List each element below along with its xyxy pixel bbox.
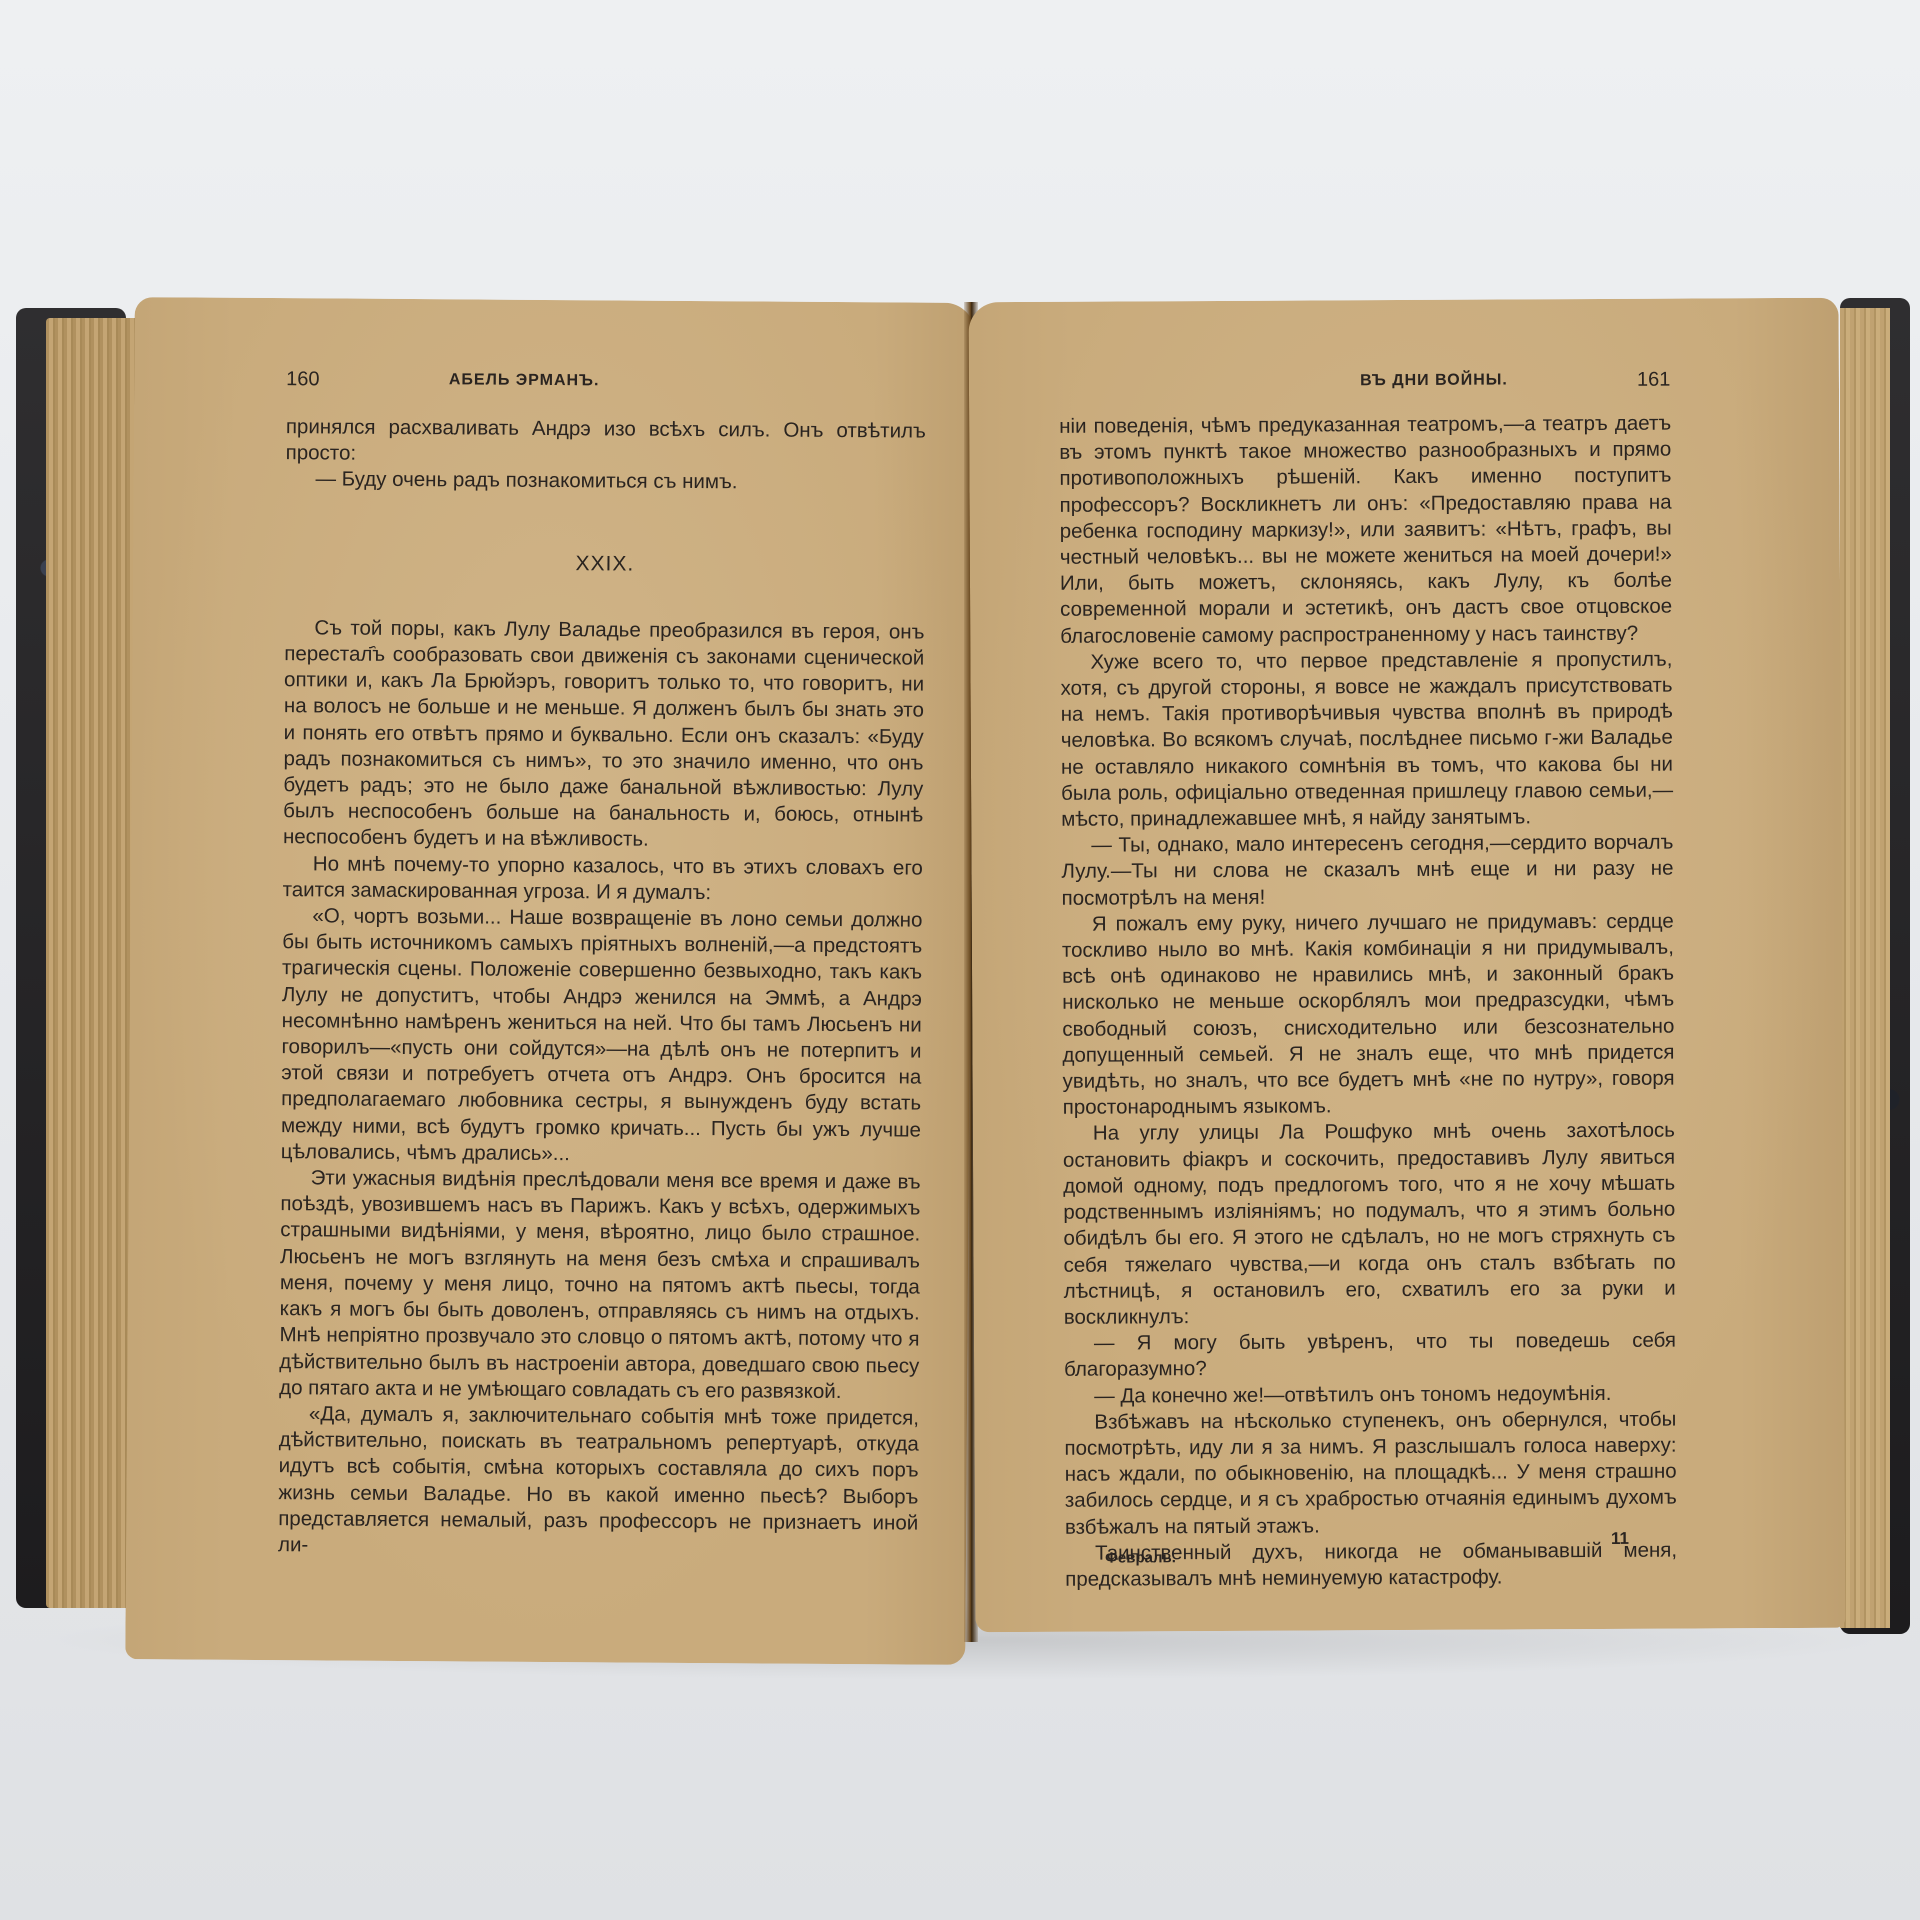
paragraph: «О, чортъ возьми... Наше возвращеніе въ … [281,903,923,1169]
page-body: принялся расхваливать Андрэ изо всѣхъ си… [278,414,926,1563]
paragraph: принялся расхваливать Андрэ изо всѣхъ си… [286,414,926,471]
paragraph: Эти ужасныя видѣнія преслѣдовали меня вс… [279,1165,921,1405]
paragraph: Я пожалъ ему руку, ничего лучшаго не при… [1062,908,1675,1121]
paragraph: Но мнѣ почему-то упорно казалось, что въ… [283,851,923,908]
page-edges-left [46,318,136,1608]
paragraph: Взбѣжавъ на нѣсколько ступенекъ, онъ обе… [1064,1406,1677,1540]
paragraph: — Ты, однако, мало интересенъ сегодня,—с… [1061,830,1673,912]
paragraph: Хуже всего то, что первое представленіе … [1060,646,1673,833]
right-page: ВЪ ДНИ ВОЙНЫ. 161 ніи поведенія, чѣмъ пр… [969,298,1846,1633]
page-header: 160 АБЕЛЬ ЭРМАНЪ. [134,367,974,403]
page-header: ВЪ ДНИ ВОЙНЫ. 161 [969,368,1839,403]
paragraph: Съ той поры, какъ Лулу Валадье преобрази… [283,615,925,855]
paragraph: — Я могу быть увѣренъ, что ты поведешь с… [1064,1328,1676,1384]
paragraph: — Буду очень радъ познакомиться съ нимъ. [285,467,925,498]
running-title: ВЪ ДНИ ВОЙНЫ. [1089,370,1779,392]
chapter-heading: XXIX. [285,549,925,580]
signature-mark: 11 [1611,1529,1629,1549]
left-page: 160 АБЕЛЬ ЭРМАНЪ. принялся расхваливать … [125,297,974,1665]
paragraph: — Да конечно же!—отвѣтилъ онъ тономъ нед… [1064,1380,1676,1409]
page-body: ніи поведенія, чѣмъ предуказанная театро… [1059,411,1677,1593]
page-number: 161 [1637,369,1670,392]
paragraph: ніи поведенія, чѣмъ предуказанная театро… [1059,411,1672,650]
paragraph: На углу улицы Ла Рошфуко мнѣ очень захот… [1063,1118,1676,1331]
footer-month: Февраль. [1105,1549,1176,1566]
page-number: 160 [286,368,320,391]
running-title: АБЕЛЬ ЭРМАНЪ. [334,370,714,391]
paragraph: «Да, думалъ я, заключительнаго событія м… [278,1401,919,1563]
page-edges-right [1840,308,1890,1628]
